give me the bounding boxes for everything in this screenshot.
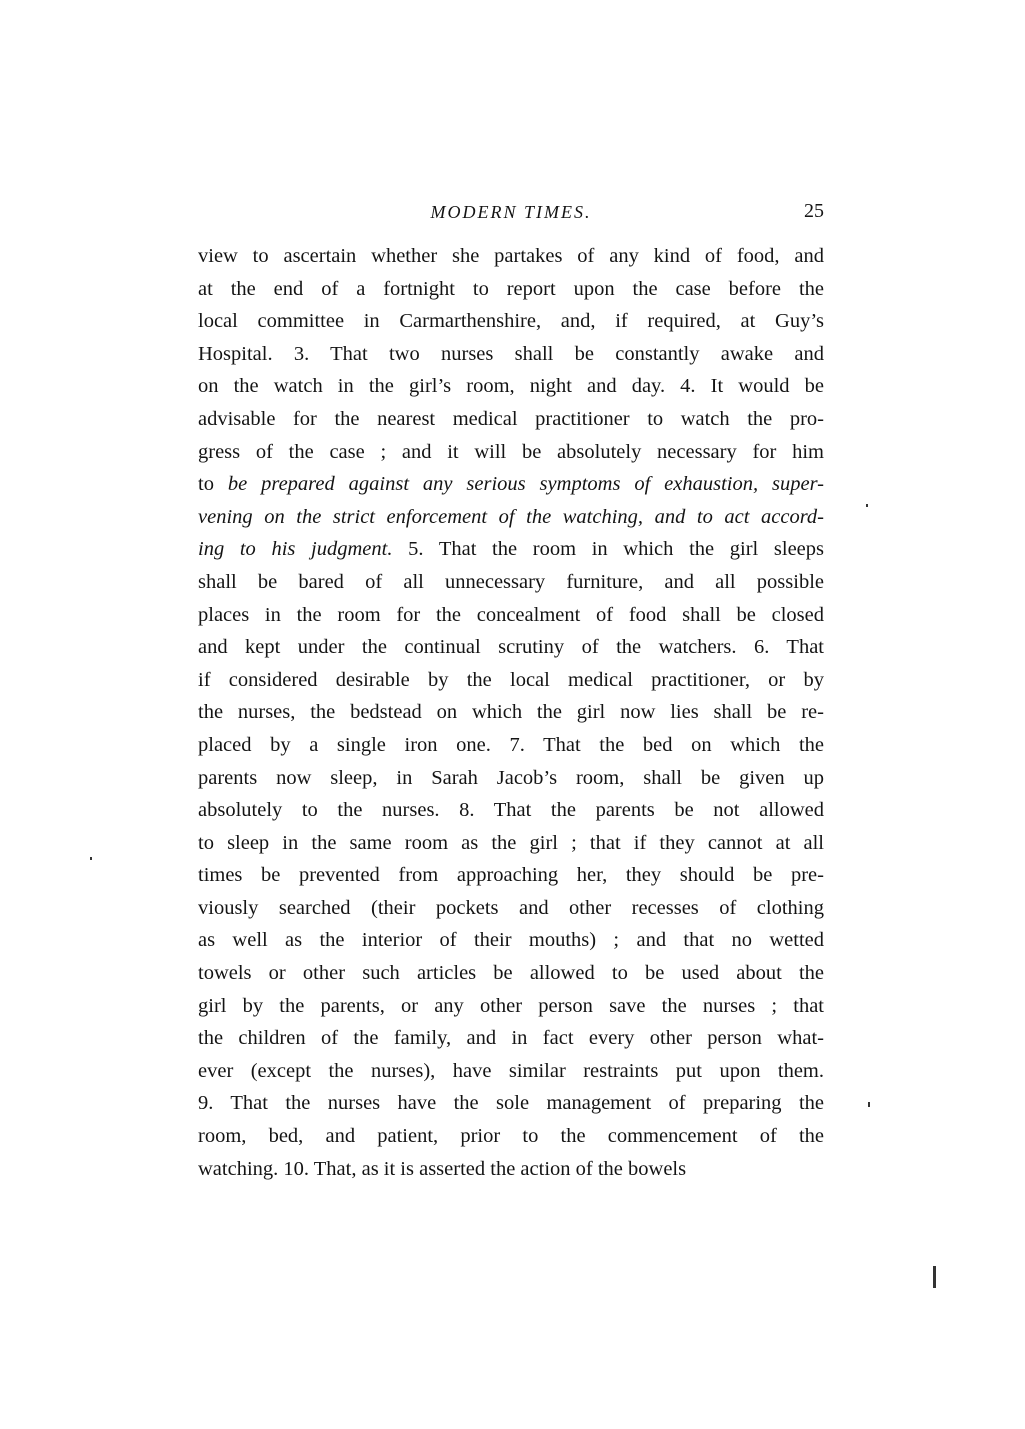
text-span: watching. 10. That, as it is asserted th… <box>198 1158 686 1180</box>
text-line: local committee in Carmarthenshire, and,… <box>198 305 824 338</box>
text-span: and kept under the continual scrutiny of… <box>198 636 824 658</box>
text-span: gress of the case ; and it will be absol… <box>198 441 824 463</box>
text-line: at the end of a fortnight to report upon… <box>198 273 824 306</box>
page-number: 25 <box>804 200 824 223</box>
text-line: advisable for the nearest medical practi… <box>198 403 824 436</box>
text-span: times be prevented from approaching her,… <box>198 864 824 886</box>
text-line: Hospital. 3. That two nurses shall be co… <box>198 338 824 371</box>
text-span: absolutely to the nurses. 8. That the pa… <box>198 799 824 821</box>
text-line: and kept under the continual scrutiny of… <box>198 631 824 664</box>
text-line: placed by a single iron one. 7. That the… <box>198 729 824 762</box>
text-line: times be prevented from approaching her,… <box>198 859 824 892</box>
text-span: as well as the interior of their mouths)… <box>198 929 824 951</box>
text-span: girl by the parents, or any other person… <box>198 995 824 1017</box>
text-line: to be prepared against any serious sympt… <box>198 468 824 501</box>
text-line: 9. That the nurses have the sole managem… <box>198 1087 824 1120</box>
italic-text: be prepared against any serious symptoms… <box>228 473 824 495</box>
text-line: absolutely to the nurses. 8. That the pa… <box>198 794 824 827</box>
scan-bar-mark <box>933 1266 936 1288</box>
text-span: towels or other such articles be allowed… <box>198 962 824 984</box>
scan-speck <box>90 857 92 860</box>
book-page: MODERN TIMES. 25 view to ascertain wheth… <box>0 0 1025 1429</box>
text-span: parents now sleep, in Sarah Jacob’s room… <box>198 767 824 789</box>
text-line: if considered desirable by the local med… <box>198 664 824 697</box>
text-span: if considered desirable by the local med… <box>198 669 824 691</box>
text-line: watching. 10. That, as it is asserted th… <box>198 1153 824 1186</box>
text-line: room, bed, and patient, prior to the com… <box>198 1120 824 1153</box>
text-line: girl by the parents, or any other person… <box>198 990 824 1023</box>
text-span: 5. That the room in which the girl sleep… <box>392 538 824 560</box>
text-span: view to ascertain whether she partakes o… <box>198 245 824 267</box>
text-span: ever (except the nurses), have similar r… <box>198 1060 824 1082</box>
text-span: shall be bared of all unnecessary furnit… <box>198 571 824 593</box>
text-span: viously searched (their pockets and othe… <box>198 897 824 919</box>
running-head: MODERN TIMES. 25 <box>198 198 824 228</box>
text-line: the nurses, the bedstead on which the gi… <box>198 696 824 729</box>
text-span: local committee in Carmarthenshire, and,… <box>198 310 824 332</box>
text-span: places in the room for the concealment o… <box>198 604 824 626</box>
text-line: view to ascertain whether she partakes o… <box>198 240 824 273</box>
text-line: places in the room for the concealment o… <box>198 599 824 632</box>
text-line: gress of the case ; and it will be absol… <box>198 436 824 469</box>
text-span: at the end of a fortnight to report upon… <box>198 278 824 300</box>
running-title: MODERN TIMES. <box>198 202 824 223</box>
text-line: to sleep in the same room as the girl ; … <box>198 827 824 860</box>
text-line: ing to his judgment. 5. That the room in… <box>198 533 824 566</box>
text-span: Hospital. 3. That two nurses shall be co… <box>198 343 824 365</box>
scan-speck <box>866 504 868 507</box>
text-span: to sleep in the same room as the girl ; … <box>198 832 824 854</box>
text-line: shall be bared of all unnecessary furnit… <box>198 566 824 599</box>
italic-text: vening on the strict enforcement of the … <box>198 506 824 528</box>
text-line: the children of the family, and in fact … <box>198 1022 824 1055</box>
text-span: room, bed, and patient, prior to the com… <box>198 1125 824 1147</box>
text-line: viously searched (their pockets and othe… <box>198 892 824 925</box>
text-line: parents now sleep, in Sarah Jacob’s room… <box>198 762 824 795</box>
text-span: the children of the family, and in fact … <box>198 1027 824 1049</box>
italic-text: ing to his judgment. <box>198 538 392 560</box>
text-span: the nurses, the bedstead on which the gi… <box>198 701 824 723</box>
body-text: view to ascertain whether she partakes o… <box>198 240 824 1185</box>
text-span: 9. That the nurses have the sole managem… <box>198 1092 824 1114</box>
text-span: placed by a single iron one. 7. That the… <box>198 734 824 756</box>
text-line: as well as the interior of their mouths)… <box>198 924 824 957</box>
text-span: on the watch in the girl’s room, night a… <box>198 375 824 397</box>
text-line: vening on the strict enforcement of the … <box>198 501 824 534</box>
text-span: advisable for the nearest medical practi… <box>198 408 824 430</box>
scan-speck <box>868 1102 870 1107</box>
text-span: to <box>198 473 228 495</box>
text-line: towels or other such articles be allowed… <box>198 957 824 990</box>
text-line: ever (except the nurses), have similar r… <box>198 1055 824 1088</box>
text-line: on the watch in the girl’s room, night a… <box>198 370 824 403</box>
